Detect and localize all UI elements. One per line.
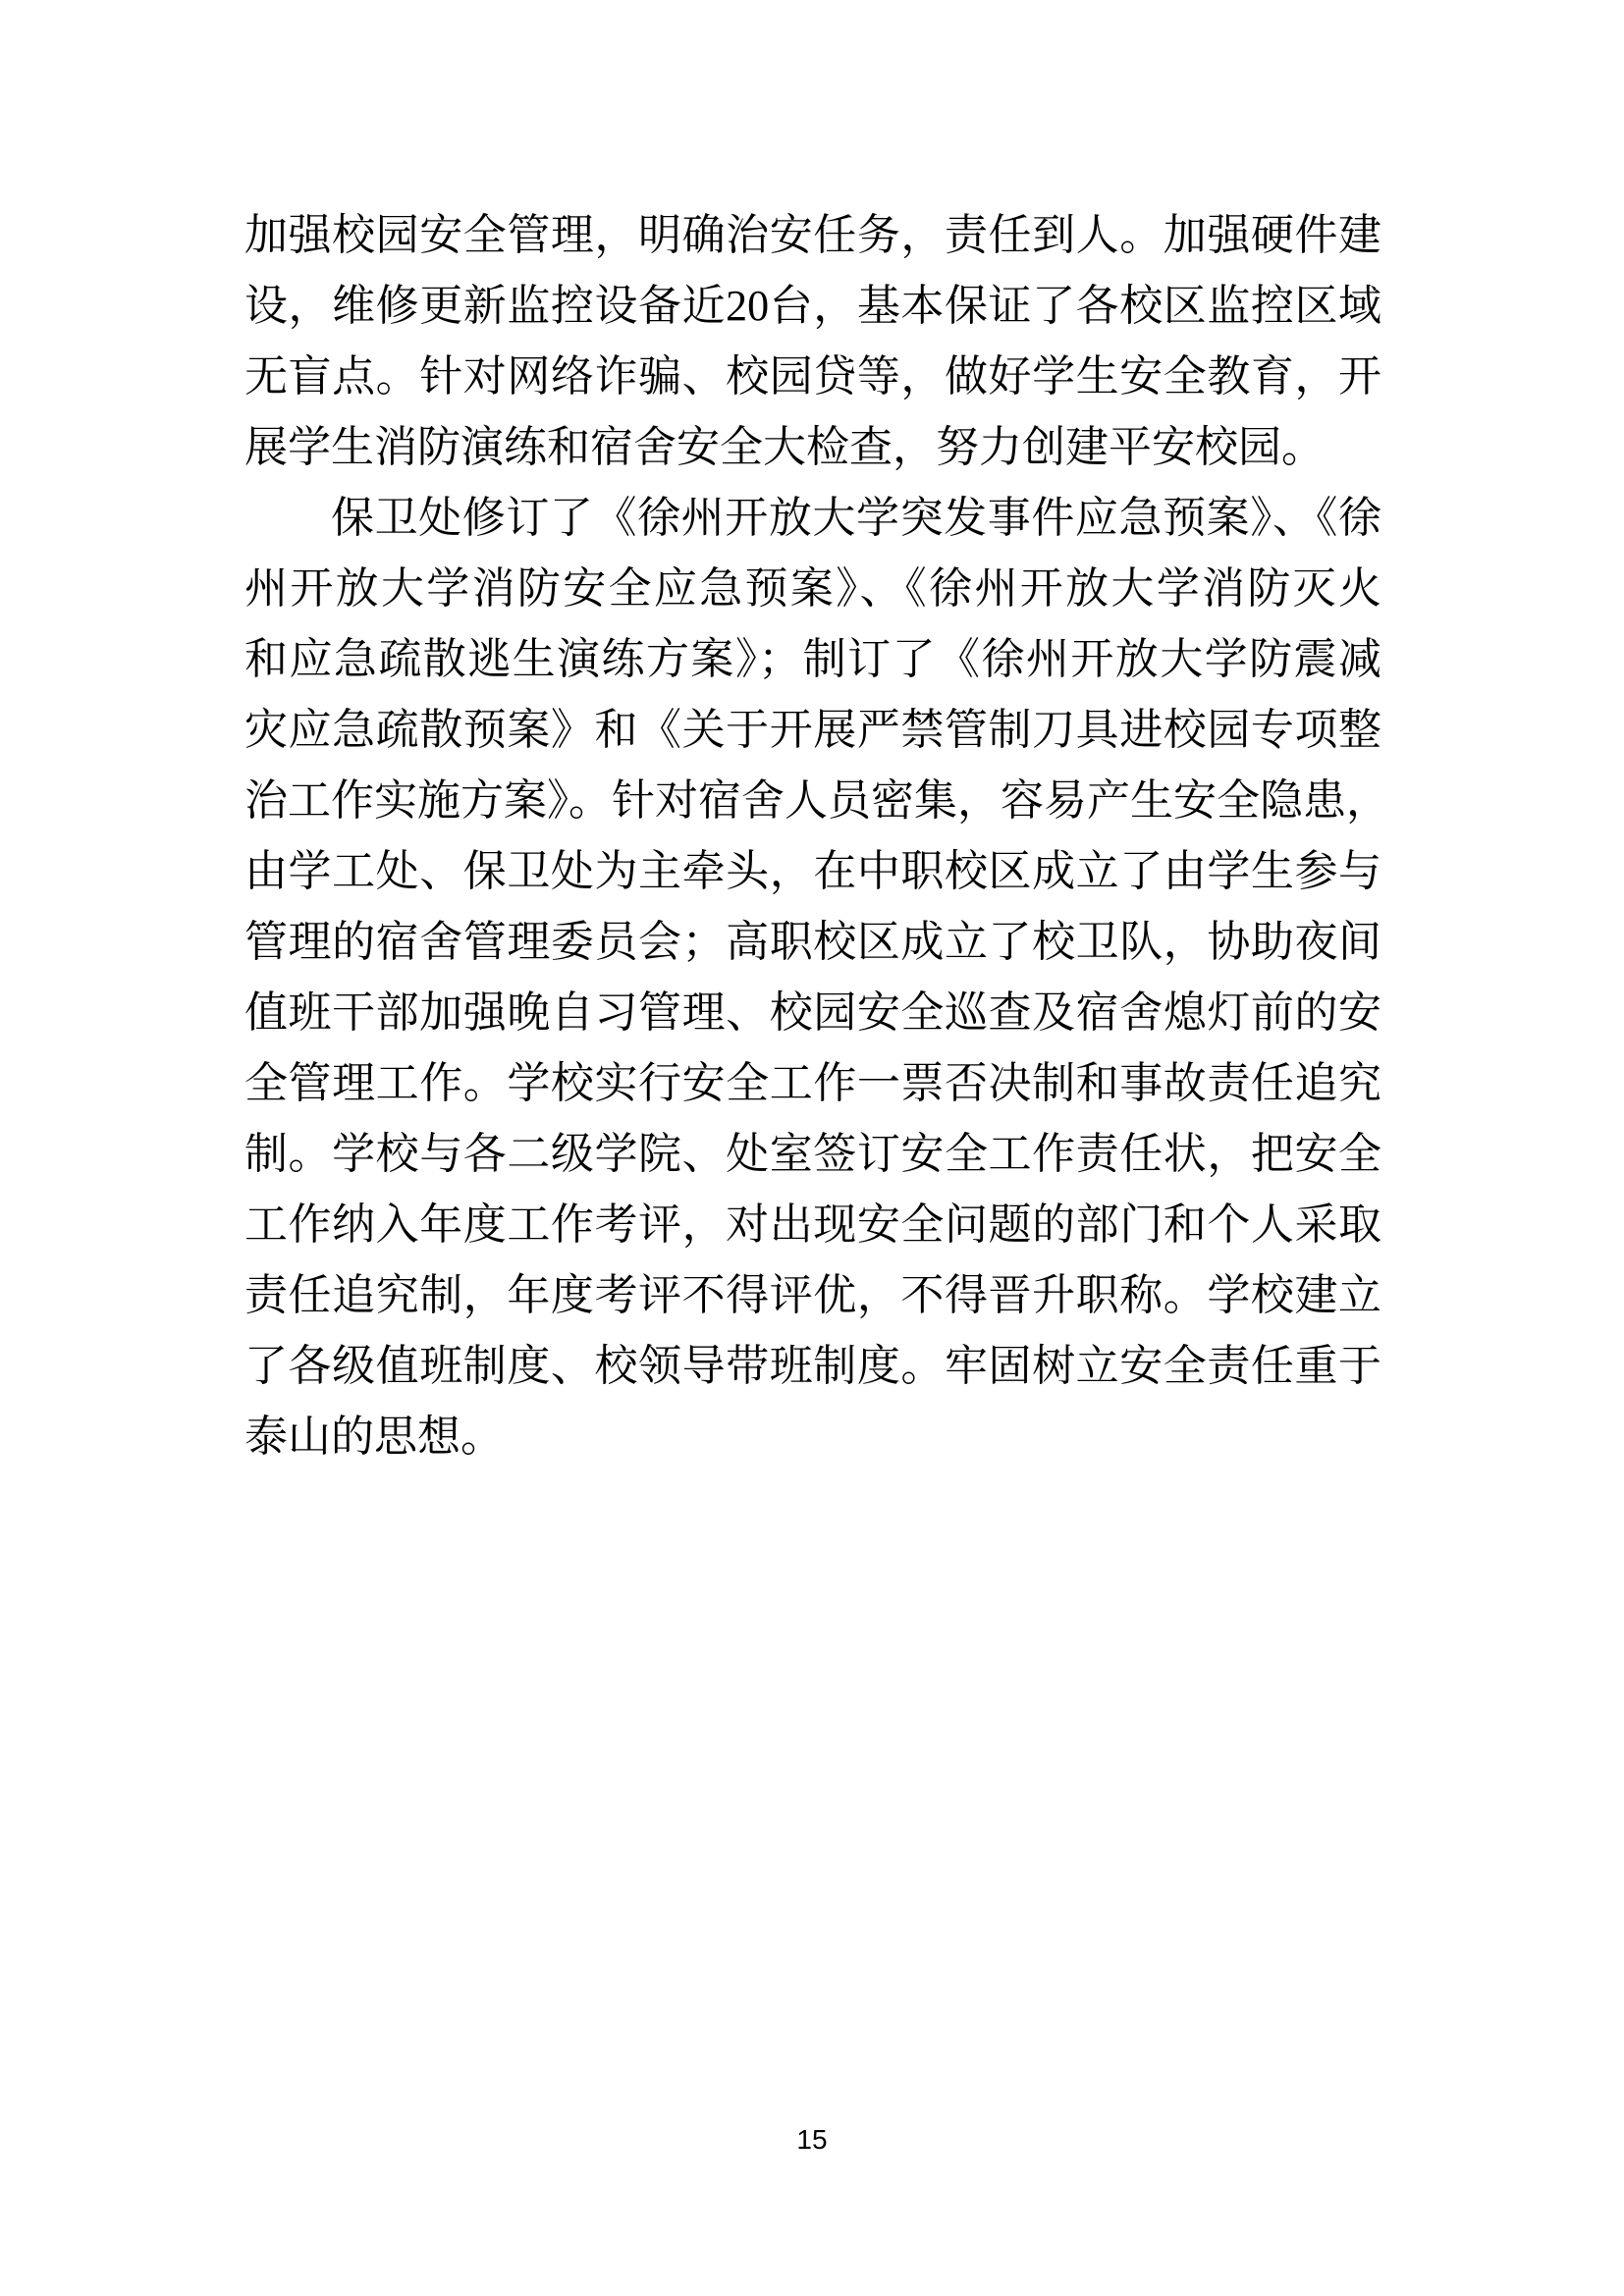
text-line: 和应急疏散逃生演练方案》；制订了《徐州开放大学防震减 xyxy=(244,624,1381,695)
text-line: 责任追究制，年度考评不得评优，不得晋升职称。学校建立 xyxy=(244,1260,1381,1331)
text-line: 管理的宿舍管理委员会；高职校区成立了校卫队，协助夜间 xyxy=(244,907,1381,978)
text-line: 由学工处、保卫处为主牵头，在中职校区成立了由学生参与 xyxy=(244,836,1381,907)
text-line: 保卫处修订了《徐州开放大学突发事件应急预案》、《徐 xyxy=(244,483,1381,554)
body-text: 加强校园安全管理，明确治安任务，责任到人。加强硬件建 设，维修更新监控设备近20… xyxy=(244,200,1381,1472)
page-number: 15 xyxy=(0,2124,1624,2156)
text-line: 加强校园安全管理，明确治安任务，责任到人。加强硬件建 xyxy=(244,200,1381,271)
paragraph-1: 加强校园安全管理，明确治安任务，责任到人。加强硬件建 设，维修更新监控设备近20… xyxy=(244,200,1381,483)
text-line: 灾应急疏散预案》和《关于开展严禁管制刀具进校园专项整 xyxy=(244,695,1381,766)
text-line: 泰山的思想。 xyxy=(244,1402,1381,1472)
paragraph-2: 保卫处修订了《徐州开放大学突发事件应急预案》、《徐 州开放大学消防安全应急预案》… xyxy=(244,483,1381,1472)
text-line: 值班干部加强晚自习管理、校园安全巡查及宿舍熄灯前的安 xyxy=(244,978,1381,1048)
text-line: 治工作实施方案》。针对宿舍人员密集，容易产生安全隐患， xyxy=(244,766,1381,836)
text-line: 州开放大学消防安全应急预案》、《徐州开放大学消防灭火 xyxy=(244,554,1381,624)
text-line: 了各级值班制度、校领导带班制度。牢固树立安全责任重于 xyxy=(244,1331,1381,1402)
text-line: 设，维修更新监控设备近20台，基本保证了各校区监控区域 xyxy=(244,271,1381,342)
text-line: 全管理工作。学校实行安全工作一票否决制和事故责任追究 xyxy=(244,1048,1381,1119)
document-page: 加强校园安全管理，明确治安任务，责任到人。加强硬件建 设，维修更新监控设备近20… xyxy=(0,0,1624,2296)
text-line: 无盲点。针对网络诈骗、校园贷等，做好学生安全教育，开 xyxy=(244,342,1381,412)
text-line: 工作纳入年度工作考评，对出现安全问题的部门和个人采取 xyxy=(244,1190,1381,1260)
text-line: 展学生消防演练和宿舍安全大检查，努力创建平安校园。 xyxy=(244,412,1381,483)
text-line: 制。学校与各二级学院、处室签订安全工作责任状，把安全 xyxy=(244,1119,1381,1190)
